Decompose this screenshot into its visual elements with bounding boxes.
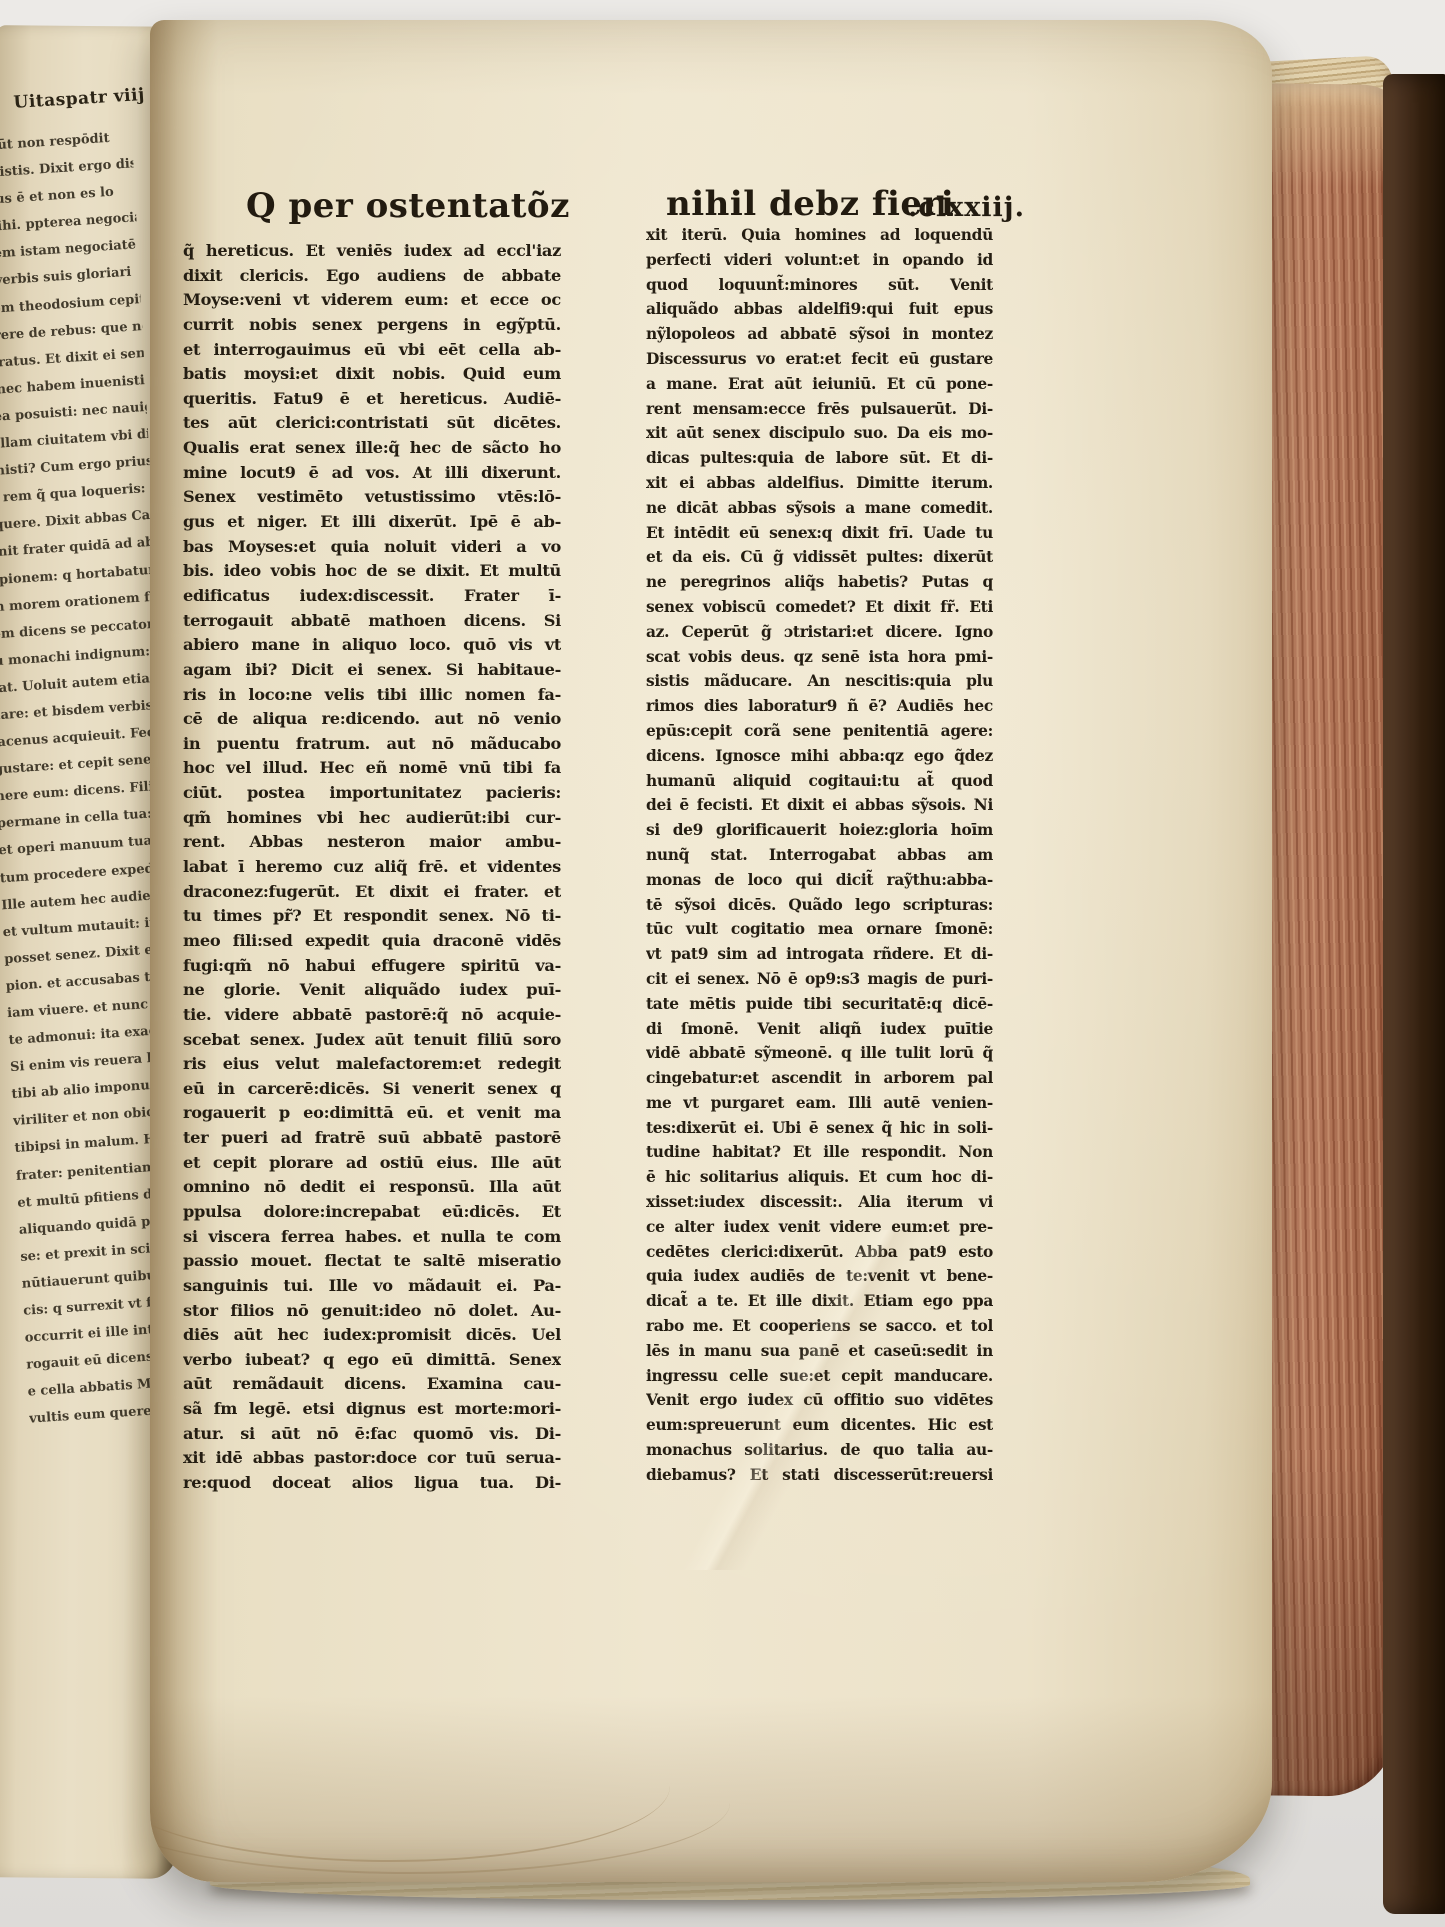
text-column-left: q̃ hereticus. Et veniēs iudex ad eccl'ia… xyxy=(183,239,561,1496)
main-page: Q per ostentatõz nihil debz fieri .clxxi… xyxy=(150,20,1272,1882)
running-header-left: Q per ostentatõz xyxy=(246,186,570,226)
book-photo: Uitaspatr viij Ille aūt non respōditeis … xyxy=(0,0,1445,1927)
folio-number: .clxxiij. xyxy=(908,192,1025,223)
text-column-right: xit iterū. Quia homines ad loquendūperfe… xyxy=(646,223,993,1488)
leather-cover-board xyxy=(1383,74,1445,1914)
